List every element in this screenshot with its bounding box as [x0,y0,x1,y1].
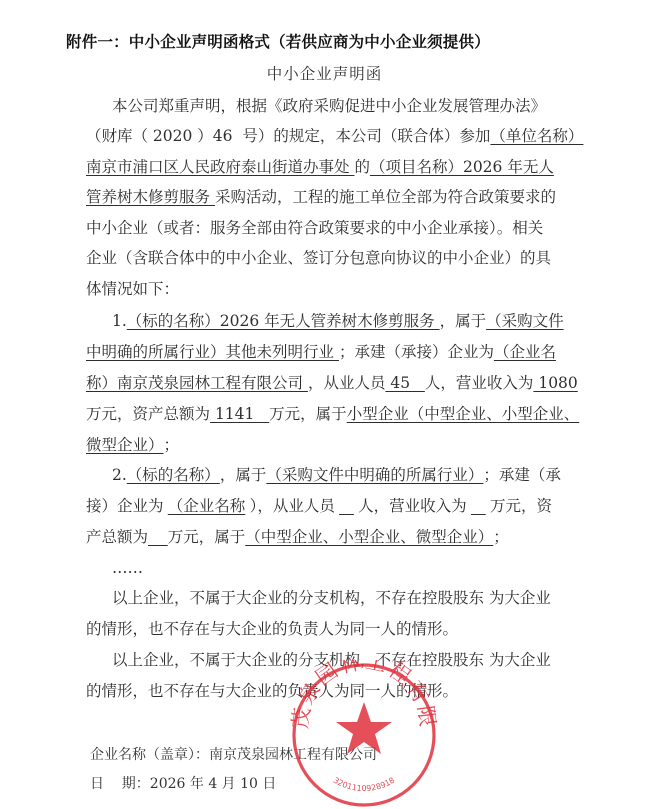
static-text: ；承建（承 [483,463,561,487]
document-subtitle: 中小企业声明函 [0,62,649,84]
static-text: 以上企业，不属于大企业的分支机构，不存在控股股东 为大企业 [112,648,551,672]
body-line: 中小企业（或者：服务全部由符合政策要求的中小企业承接）。相关 [86,216,552,240]
static-text: ，属于 [220,463,267,487]
body-line: 产总额为 万元，属于（中型企业、小型企业、微型企业）； [86,525,552,549]
filled-field: 微型企业） [86,433,164,457]
static-text: 的情形，也不存在与大企业的负责人为同一人的情形。 [86,617,458,641]
filled-field: 南京市浦口区人民政府泰山街道办事处 [86,155,354,179]
filled-field [471,494,486,518]
filled-field: （企业名称 [168,494,246,518]
document-page: 附件一：中小企业声明函格式（若供应商为中小企业须提供） 中小企业声明函 本公司郑… [0,0,649,809]
filled-field: （标的名称）2026 年无人管养树木修剪服务 [127,309,440,333]
svg-text:3201110928918: 3201110928918 [332,776,397,793]
filled-field: 1141 [210,402,269,426]
static-text: 万元，属于 [168,525,246,549]
date-label: 日 期：2026 年 4 月 10 日 [90,773,276,793]
static-text: 人，营业收入为 [358,494,467,518]
static-text: 体情况如下： [86,277,179,301]
body-line: 的情形，也不存在与大企业的负责人为同一人的情形。 [86,679,552,703]
body-line: 以上企业，不属于大企业的分支机构，不存在控股股东 为大企业 [112,586,552,610]
static-text: 万元，属于 [269,402,347,426]
static-text: 采购活动，工程的施工单位全部为符合政策要求的 [215,185,556,209]
static-text: 的 [354,155,370,179]
static-text: ；承建（承接）企业为 [339,340,494,364]
static-text: 万元，资产总额为 [86,402,210,426]
body-line: …… [112,556,552,580]
static-text: 人，营业收入为 [425,371,534,395]
filled-field: （采购文件中明确的所属行业） [266,463,483,487]
static-text: ，从业人员 [308,371,386,395]
body-line: 体情况如下： [86,277,552,301]
body-line: 本公司郑重声明，根据《政府采购促进中小企业发展管理办法》 [112,94,552,118]
static-text: …… [112,556,143,580]
static-text: 产总额为 [86,525,148,549]
filled-field: （中型企业、小型企业、微型企业） [245,525,493,549]
static-text: 万元，资 [490,494,552,518]
body-line: 中明确的所属行业）其他未列明行业 ；承建（承接）企业为（企业名 [86,340,552,364]
company-signature-label: 企业名称（盖章）：南京茂泉园林工程有限公司 [90,744,377,764]
filled-field [339,494,354,518]
static-text: 接）企业为 [86,494,164,518]
static-text: 以上企业，不属于大企业的分支机构，不存在控股股东 为大企业 [112,586,551,610]
body-line: 1.（标的名称）2026 年无人管养树木修剪服务 ，属于（采购文件 [112,309,552,333]
static-text: （财库（ 2020 ）46 号）的规定，本公司（联合体）参加 [86,124,490,148]
filled-field: 45 [385,371,424,395]
static-text: ； [493,525,509,549]
body-line: 企业（含联合体中的中小企业、签订分包意向协议的中小企业）的具 [86,246,552,270]
filled-field: 1080 [533,371,577,395]
filled-field: （标的名称） [127,463,220,487]
static-text: ，属于 [440,309,487,333]
static-text: 中小企业（或者：服务全部由符合政策要求的中小企业承接）。相关 [86,216,543,240]
filled-field: （企业名 [494,340,556,364]
body-line: 2.（标的名称），属于（采购文件中明确的所属行业）；承建（承 [112,463,552,487]
static-text: 1. [112,309,127,333]
filled-field: 中明确的所属行业）其他未列明行业 [86,340,339,364]
static-text: 本公司郑重声明，根据《政府采购促进中小企业发展管理办法》 [112,94,546,118]
static-text: 企业（含联合体中的中小企业、签订分包意向协议的中小企业）的具 [86,246,551,270]
body-line: 接）企业为（企业名称），从业人员 人，营业收入为 万元，资 [86,494,552,518]
body-line: （财库（ 2020 ）46 号）的规定，本公司（联合体）参加（单位名称） [86,124,552,148]
filled-field: （采购文件 [486,309,564,333]
filled-field: 称）南京茂泉园林工程有限公司 [86,371,308,395]
filled-field [148,525,168,549]
static-text: 2. [112,463,127,487]
body-line: 管养树木修剪服务 采购活动，工程的施工单位全部为符合政策要求的 [86,185,552,209]
filled-field: （单位名称） [490,124,583,148]
static-text: ），从业人员 [250,494,335,518]
attachment-heading: 附件一：中小企业声明函格式（若供应商为中小企业须提供） [66,30,490,52]
filled-field: 管养树木修剪服务 [86,185,215,209]
body-line: 南京市浦口区人民政府泰山街道办事处 的（项目名称）2026 年无人 [86,155,552,179]
body-line: 的情形，也不存在与大企业的负责人为同一人的情形。 [86,617,552,641]
body-line: 微型企业）； [86,433,552,457]
body-line: 称）南京茂泉园林工程有限公司 ，从业人员 45 人，营业收入为 1080 [86,371,552,395]
body-line: 以上企业，不属于大企业的分支机构，不存在控股股东 为大企业 [112,648,552,672]
static-text: 的情形，也不存在与大企业的负责人为同一人的情形。 [86,679,458,703]
filled-field: 小型企业（中型企业、小型企业、 [347,402,580,426]
static-text: ； [164,433,180,457]
body-line: 万元，资产总额为 1141 万元，属于小型企业（中型企业、小型企业、 [86,402,552,426]
filled-field: （项目名称）2026 年无人 [370,155,554,179]
